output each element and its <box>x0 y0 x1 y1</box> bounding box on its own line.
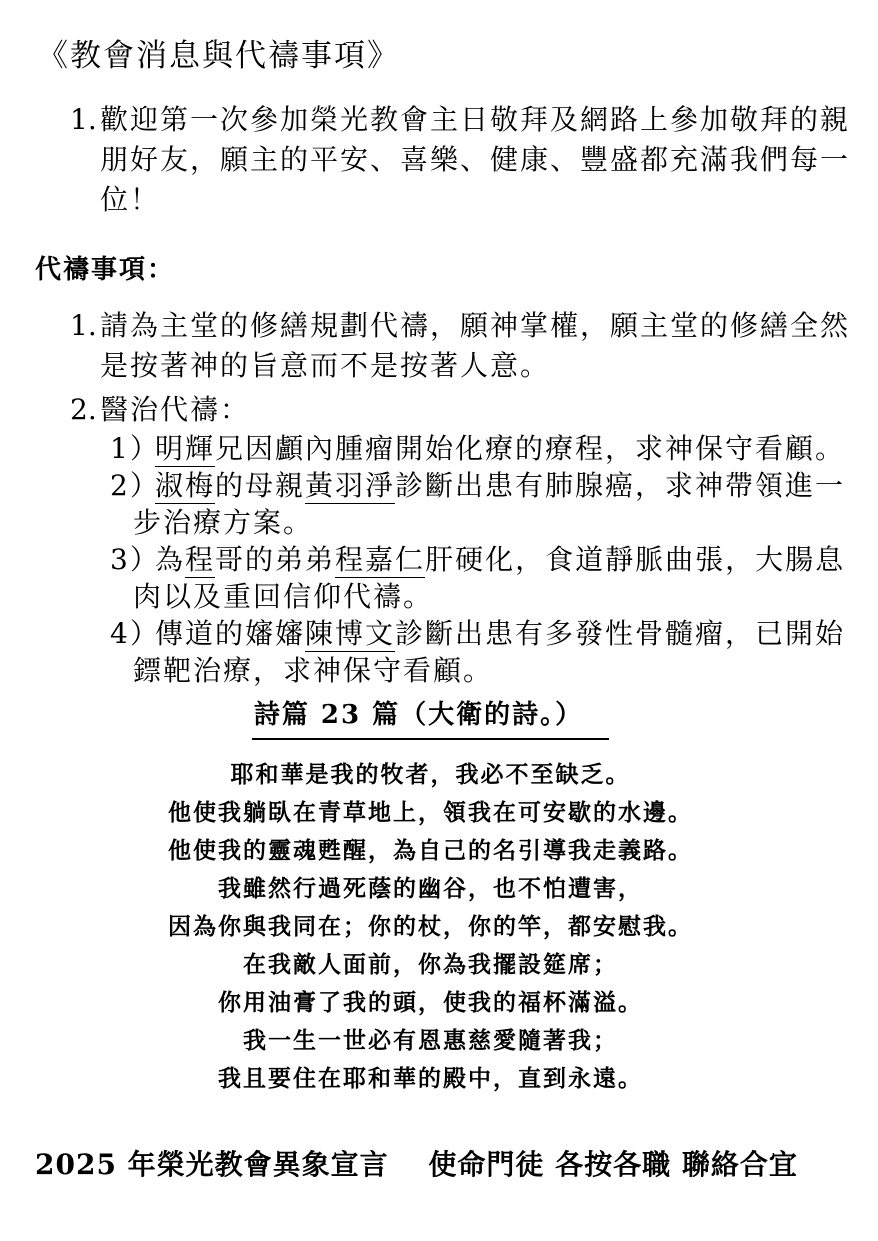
subitem-text: 傳道的嬸嬸 <box>155 617 305 650</box>
psalm-line: 他使我躺臥在青草地上，領我在可安歇的水邊。 <box>35 794 826 832</box>
person-name-underlined: 黃羽淨 <box>305 469 395 504</box>
healing-prayer-sublist: 1）明輝兄因顱內腫瘤開始化療的療程，求神保守看顧。 2）淑梅的母親黃羽淨診斷出患… <box>35 430 872 689</box>
person-name-underlined: 程嘉仁 <box>335 543 425 578</box>
prayer-item-renovation: 1.請為主堂的修繕規劃代禱，願神掌權，願主堂的修繕全然是按著神的旨意而不是按著人… <box>35 306 872 386</box>
prayer-item-number: 2. <box>70 390 100 430</box>
prayer-item-healing: 2.醫治代禱： <box>35 390 872 430</box>
healing-subitem-3: 3）為程哥的弟弟程嘉仁肝硬化，食道靜脈曲張，大腸息肉以及重回信仰代禱。 <box>35 541 872 615</box>
announcement-item-number: 1. <box>70 100 100 140</box>
healing-subitem-1: 1）明輝兄因顱內腫瘤開始化療的療程，求神保守看顧。 <box>35 430 872 467</box>
psalm-line: 我雖然行過死蔭的幽谷，也不怕遭害， <box>35 870 826 908</box>
prayer-item-text: 請為主堂的修繕規劃代禱，願神掌權，願主堂的修繕全然是按著神的旨意而不是按著人意。 <box>100 309 850 382</box>
healing-subitem-2: 2）淑梅的母親黃羽淨診斷出患有肺腺癌，求神帶領進一步治療方案。 <box>35 467 872 541</box>
prayer-item-text: 醫治代禱： <box>100 393 250 426</box>
prayer-item-number: 1. <box>70 306 100 346</box>
page-title: 《教會消息與代禱事項》 <box>37 36 872 76</box>
psalm-line: 我且要住在耶和華的殿中，直到永遠。 <box>35 1060 826 1098</box>
person-name-underlined: 陳博文 <box>305 617 395 652</box>
psalm-title-text: 詩篇 23 篇（大衛的詩。） <box>252 697 609 740</box>
psalm-line: 耶和華是我的牧者，我必不至缺乏。 <box>35 756 826 794</box>
person-name-underlined: 程 <box>185 543 215 578</box>
psalm-line: 我一生一世必有恩惠慈愛隨著我； <box>35 1022 826 1060</box>
psalm-line: 他使我的靈魂甦醒，為自己的名引導我走義路。 <box>35 832 826 870</box>
psalm-line: 在我敵人面前，你為我擺設筵席； <box>35 946 826 984</box>
subitem-text: 的母親 <box>215 469 305 502</box>
psalm-section: 詩篇 23 篇（大衛的詩。） 耶和華是我的牧者，我必不至缺乏。 他使我躺臥在青草… <box>35 697 872 1098</box>
psalm-title: 詩篇 23 篇（大衛的詩。） <box>35 697 826 740</box>
subitem-number: 1） <box>110 430 155 467</box>
psalm-line: 你用油膏了我的頭，使我的福杯滿溢。 <box>35 984 826 1022</box>
person-name-underlined: 淑梅 <box>155 469 215 504</box>
person-name-underlined: 明輝 <box>155 432 215 467</box>
subitem-text: 為 <box>155 543 185 576</box>
announcement-item-text: 歡迎第一次參加榮光教會主日敬拜及網路上參加敬拜的親朋好友，願主的平安、喜樂、健康… <box>100 103 850 216</box>
subitem-text: 哥的弟弟 <box>215 543 335 576</box>
psalm-line: 因為你與我同在；你的杖，你的竿，都安慰我。 <box>35 908 826 946</box>
prayer-section-heading: 代禱事項： <box>35 252 872 288</box>
subitem-number: 2） <box>110 467 155 504</box>
announcement-item: 1.歡迎第一次參加榮光教會主日敬拜及網路上參加敬拜的親朋好友，願主的平安、喜樂、… <box>35 100 872 220</box>
vision-statement: 2025 年榮光教會異象宣言 使命門徒 各按各職 聯絡合宜 <box>35 1146 872 1184</box>
document-page: 《教會消息與代禱事項》 1.歡迎第一次參加榮光教會主日敬拜及網路上參加敬拜的親朋… <box>0 0 878 1241</box>
subitem-number: 4） <box>110 615 155 652</box>
subitem-number: 3） <box>110 541 155 578</box>
healing-subitem-4: 4）傳道的嬸嬸陳博文診斷出患有多發性骨髓瘤，已開始鏢靶治療，求神保守看顧。 <box>35 615 872 689</box>
subitem-text: 兄因顱內腫瘤開始化療的療程，求神保守看顧。 <box>215 432 845 465</box>
